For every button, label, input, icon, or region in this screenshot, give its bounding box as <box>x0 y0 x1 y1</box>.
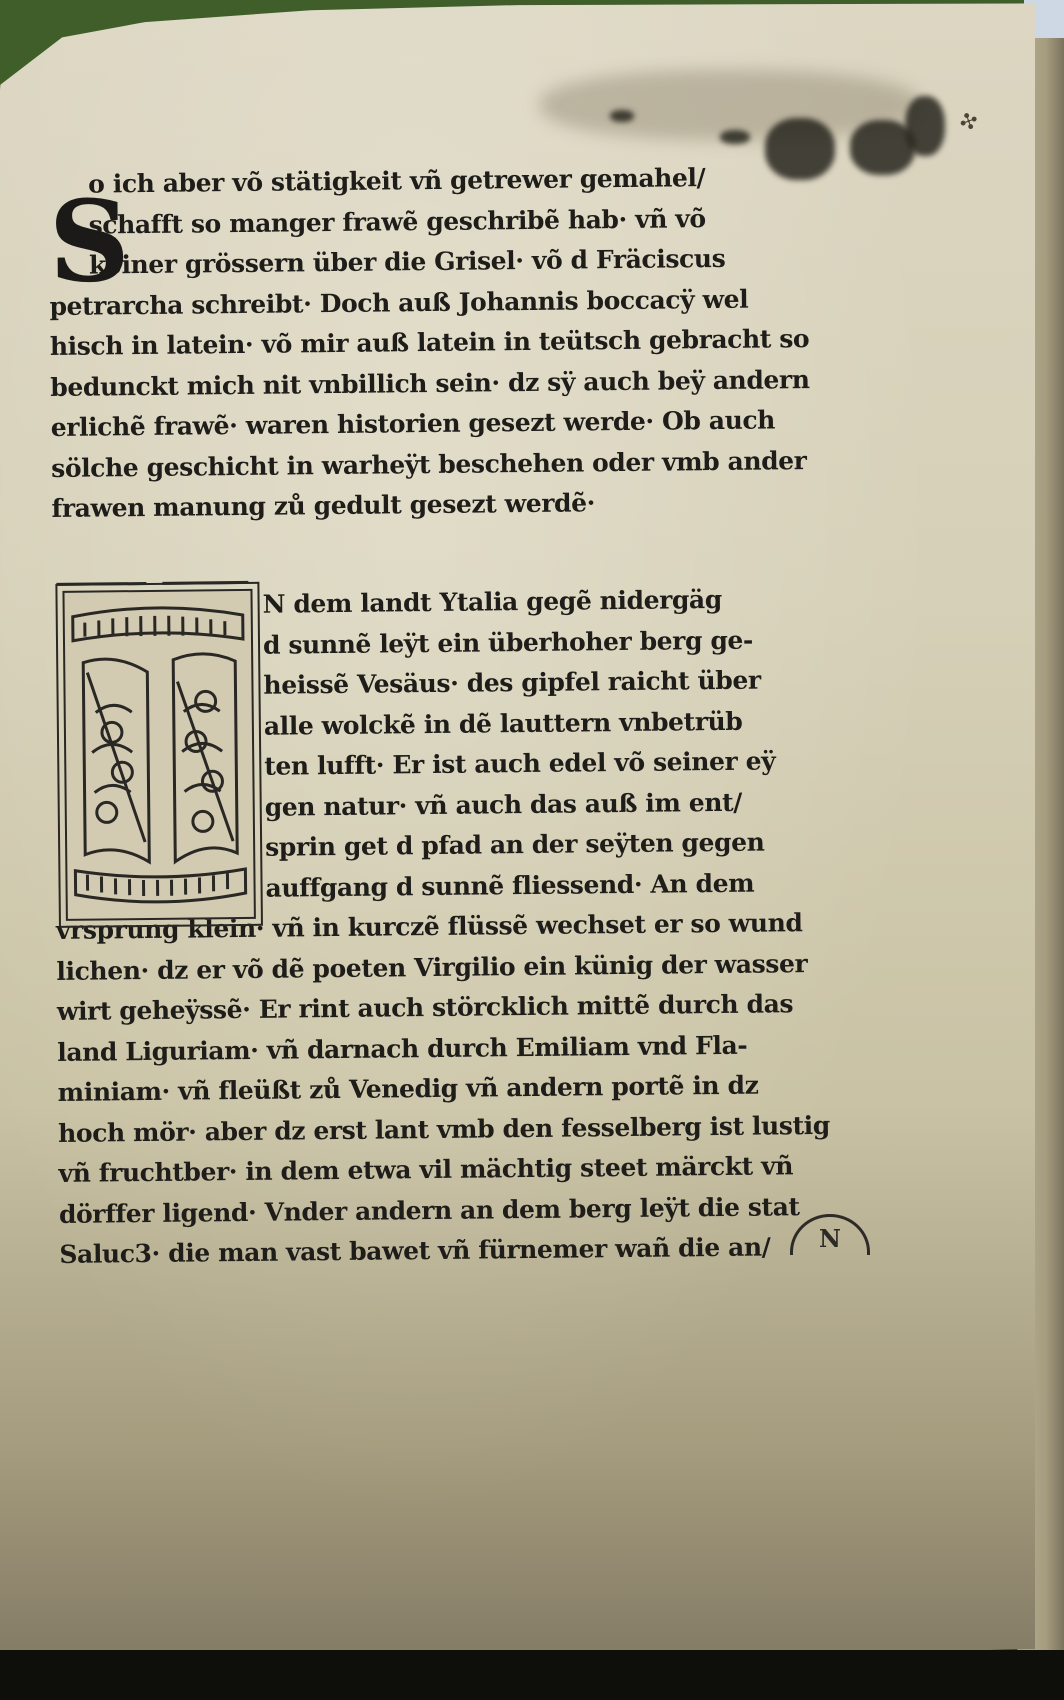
text-block: S o ich aber võ stätigkeit vñ getrewer g… <box>48 157 812 529</box>
text-line: sölche geschicht in warheÿt beschehen od… <box>51 441 811 489</box>
ornament-icon <box>64 591 253 919</box>
text-line: frawen manung zů gedult gesezt werdẽ· <box>51 481 811 529</box>
text-line: Saluc3· die man vast bawet vñ fürnemer w… <box>59 1227 819 1275</box>
page-shadow <box>0 1650 1064 1700</box>
stain-spot <box>610 110 634 122</box>
paragraph-1: S o ich aber võ stätigkeit vñ getrewer g… <box>48 157 812 529</box>
stain-dark <box>905 96 945 156</box>
stain-spot <box>720 130 750 144</box>
ink-mark: ✣ <box>956 108 982 138</box>
decorated-initial-i <box>62 589 255 921</box>
paragraph-2: N dem landt Ytalia gegẽ nidergäg d sunnẽ… <box>52 579 819 1275</box>
initial-letter-s: S <box>48 192 130 293</box>
